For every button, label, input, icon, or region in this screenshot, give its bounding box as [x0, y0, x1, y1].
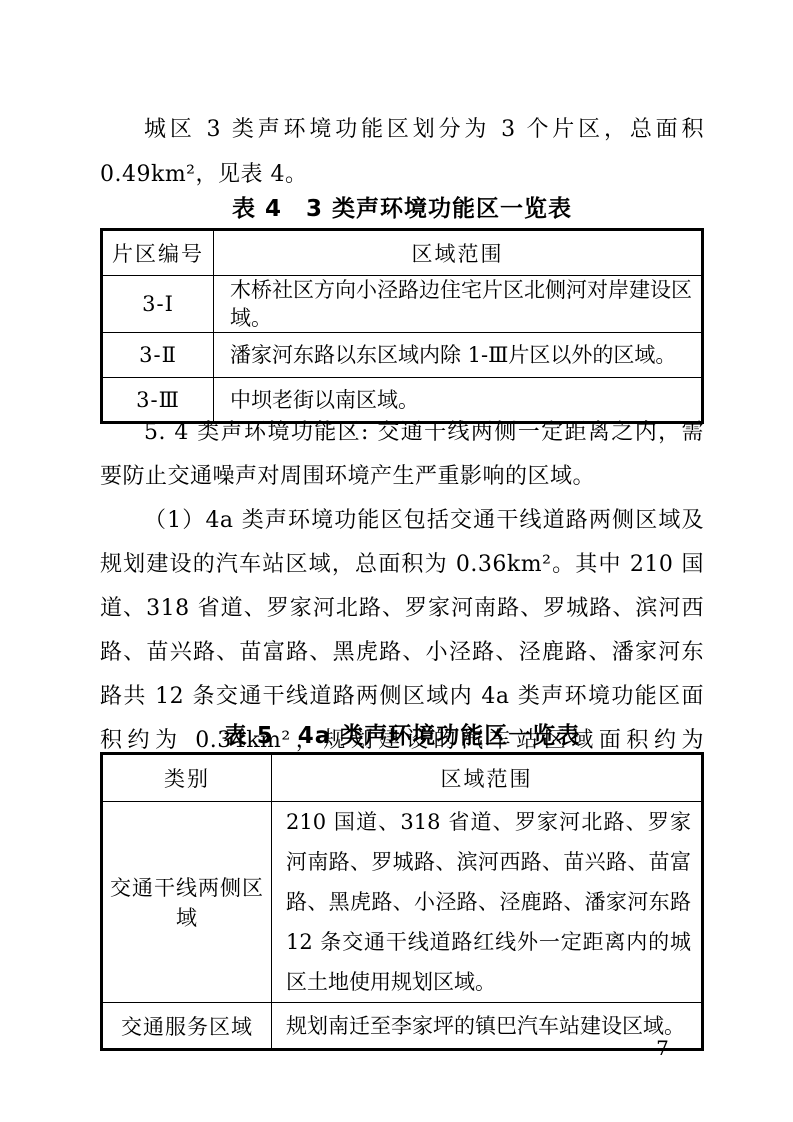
- paragraph-intro: 城区 3 类声环境功能区划分为 3 个片区，总面积 0.49km²，见表 4。: [100, 107, 704, 197]
- table-row: 3-Ⅰ 木桥社区方向小泾路边住宅片区北侧河对岸建设区域。: [102, 276, 703, 333]
- table5-header-zone-range: 区域范围: [272, 754, 703, 802]
- table4-title: 表 4 3 类声环境功能区一览表: [100, 194, 704, 224]
- table5-title: 表 5 4a 类声环境功能区一览表: [100, 721, 704, 751]
- cell-zone-range: 210 国道、318 省道、罗家河北路、罗家河南路、罗城路、滨河西路、苗兴路、苗…: [272, 802, 703, 1003]
- paragraph-section-5-4: 5. 4 类声环境功能区: 交通干线两侧一定距离之内，需要防止交通噪声对周围环境…: [100, 411, 704, 499]
- cell-category: 交通干线两侧区域: [102, 802, 272, 1003]
- table4-header-zone-range: 区域范围: [214, 230, 703, 276]
- table-row: 交通干线两侧区域 210 国道、318 省道、罗家河北路、罗家河南路、罗城路、滨…: [102, 802, 703, 1003]
- cell-category: 交通服务区域: [102, 1003, 272, 1050]
- document-page: 城区 3 类声环境功能区划分为 3 个片区，总面积 0.49km²，见表 4。 …: [0, 0, 793, 1122]
- table5-header-category: 类别: [102, 754, 272, 802]
- table-row: 3-Ⅱ 潘家河东路以东区域内除 1-Ⅲ片区以外的区域。: [102, 333, 703, 378]
- table4-zone3-list: 片区编号 区域范围 3-Ⅰ 木桥社区方向小泾路边住宅片区北侧河对岸建设区域。 3…: [100, 228, 704, 424]
- table4-header-row: 片区编号 区域范围: [102, 230, 703, 276]
- cell-zone-range: 木桥社区方向小泾路边住宅片区北侧河对岸建设区域。: [214, 276, 703, 333]
- table-row: 交通服务区域 规划南迁至李家坪的镇巴汽车站建设区域。: [102, 1003, 703, 1050]
- cell-zone-id: 3-Ⅱ: [102, 333, 214, 378]
- table5-header-row: 类别 区域范围: [102, 754, 703, 802]
- table5-zone4a-list: 类别 区域范围 交通干线两侧区域 210 国道、318 省道、罗家河北路、罗家河…: [100, 752, 704, 1051]
- cell-zone-id: 3-Ⅰ: [102, 276, 214, 333]
- cell-zone-range: 潘家河东路以东区域内除 1-Ⅲ片区以外的区域。: [214, 333, 703, 378]
- table4-header-zone-id: 片区编号: [102, 230, 214, 276]
- page-number: - 7 -: [637, 1036, 691, 1060]
